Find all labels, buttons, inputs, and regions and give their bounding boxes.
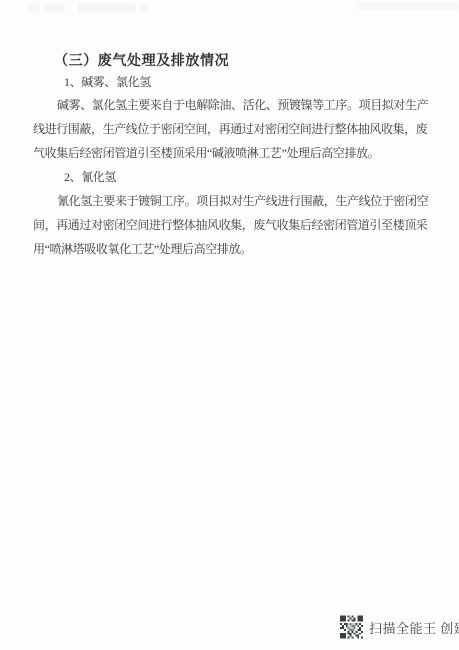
paragraph-line: 用“喷淋塔吸收氧化工艺”处理后高空排放。	[33, 242, 252, 257]
scanned-document-page: （三）废气处理及排放情况 1、碱雾、氯化氢 碱雾、氯化氢主要来自于电解除油、活化…	[0, 0, 459, 650]
section-heading: （三）废气处理及排放情况	[54, 50, 229, 70]
subsection-2-title: 2、氰化氢	[64, 170, 116, 185]
subsection-1-title: 1、碱雾、氯化氢	[64, 75, 151, 90]
paragraph-line: 氰化氢主要来于镀铜工序。项目拟对生产线进行围蔽，生产线位于密闭空	[57, 194, 428, 209]
scan-artifact	[78, 3, 136, 12]
scan-artifact	[28, 4, 39, 12]
qr-code-icon	[340, 615, 363, 639]
watermark-label: 扫描全能王 创建	[369, 618, 459, 637]
scan-artifact	[45, 4, 65, 12]
scan-artifact	[140, 4, 147, 12]
paragraph-line: 碱雾、氯化氢主要来自于电解除油、活化、预镀镍等工序。项目拟对生产	[57, 98, 428, 113]
paragraph-line: 间，再通过对密闭空间进行整体抽风收集，废气收集后经密闭管道引至楼顶采	[33, 218, 427, 233]
scan-artifact	[356, 2, 459, 10]
paragraph-line: 气收集后经密闭管道引至楼顶采用“碱液喷淋工艺”处理后高空排放。	[33, 146, 379, 161]
paragraph-line: 线进行围蔽，生产线位于密闭空间，再通过对密闭空间进行整体抽风收集，废	[33, 122, 427, 137]
scanner-watermark: 扫描全能王 创建	[340, 615, 459, 639]
